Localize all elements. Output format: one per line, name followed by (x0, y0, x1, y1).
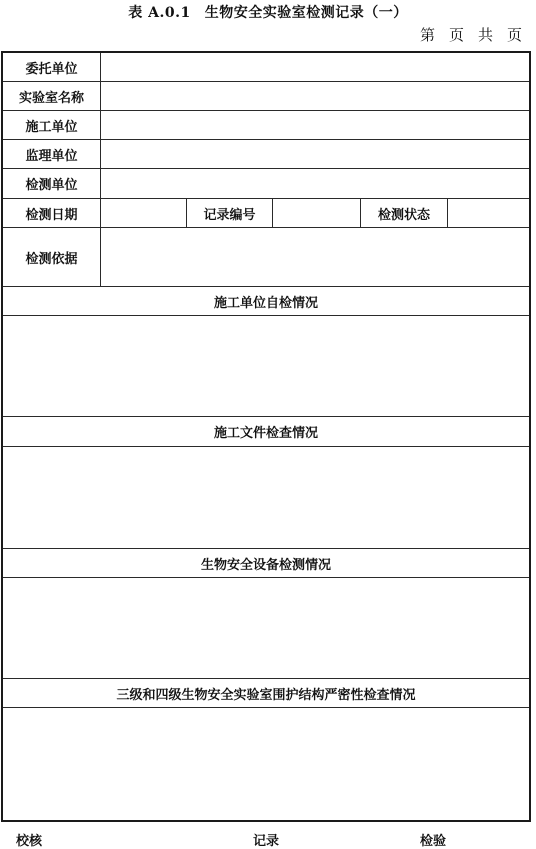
section-body-document-check (3, 447, 529, 549)
section-title: 生物安全设备检测情况 (3, 549, 529, 577)
info-row: 检测日期 记录编号 检测状态 (3, 199, 529, 228)
section-title: 施工单位自检情况 (3, 287, 529, 315)
field-row-supervision: 监理单位 (3, 140, 529, 169)
title-text: 生物安全实验室检测记录（一） (205, 5, 408, 21)
page-info: 第页共页 (406, 24, 522, 45)
equipment-check-field[interactable] (3, 578, 529, 678)
date-field[interactable] (101, 199, 187, 227)
field-row-lab-name: 实验室名称 (3, 82, 529, 111)
section-title: 施工文件检查情况 (3, 417, 529, 446)
field-label: 检测单位 (3, 169, 101, 198)
supervision-unit-field[interactable] (101, 140, 529, 168)
lab-name-field[interactable] (101, 82, 529, 110)
page-label-di: 第 (420, 26, 435, 44)
section-title: 三级和四级生物安全实验室围护结构严密性检查情况 (3, 679, 529, 707)
enclosure-tightness-field[interactable] (3, 708, 529, 820)
date-label: 检测日期 (3, 199, 101, 227)
page-label-ye-total: 页 (507, 26, 522, 44)
field-row-testing: 检测单位 (3, 169, 529, 199)
section-body-enclosure (3, 708, 529, 820)
basis-label: 检测依据 (3, 228, 101, 286)
section-header-self-inspection: 施工单位自检情况 (3, 287, 529, 316)
reviewer-label: 校核 (16, 830, 42, 849)
section-header-equipment: 生物安全设备检测情况 (3, 549, 529, 578)
status-field[interactable] (448, 199, 529, 227)
page-label-ye: 页 (449, 26, 464, 44)
table-code: 表 A.0.1 (128, 5, 190, 21)
field-label: 施工单位 (3, 111, 101, 139)
client-unit-field[interactable] (101, 53, 529, 81)
section-body-equipment (3, 578, 529, 679)
basis-row: 检测依据 (3, 228, 529, 287)
field-row-construction: 施工单位 (3, 111, 529, 140)
construction-unit-field[interactable] (101, 111, 529, 139)
basis-field[interactable] (101, 228, 529, 286)
recorder-label: 记录 (253, 830, 279, 849)
field-label: 实验室名称 (3, 82, 101, 110)
section-header-document-check: 施工文件检查情况 (3, 417, 529, 447)
testing-unit-field[interactable] (101, 169, 529, 198)
page-label-gong: 共 (478, 26, 493, 44)
form-title: 表 A.0.1生物安全实验室检测记录（一） (0, 2, 536, 22)
status-label: 检测状态 (361, 199, 448, 227)
field-label: 委托单位 (3, 53, 101, 81)
document-check-field[interactable] (3, 447, 529, 548)
self-inspection-field[interactable] (3, 316, 529, 416)
inspection-record-form: 委托单位 实验室名称 施工单位 监理单位 检测单位 检测日期 记录编号 检测状态… (1, 51, 531, 822)
record-no-label: 记录编号 (187, 199, 273, 227)
section-body-self-inspection (3, 316, 529, 417)
field-row-client: 委托单位 (3, 53, 529, 82)
inspector-label: 检验 (420, 830, 446, 849)
field-label: 监理单位 (3, 140, 101, 168)
record-no-field[interactable] (273, 199, 361, 227)
section-header-enclosure: 三级和四级生物安全实验室围护结构严密性检查情况 (3, 679, 529, 708)
